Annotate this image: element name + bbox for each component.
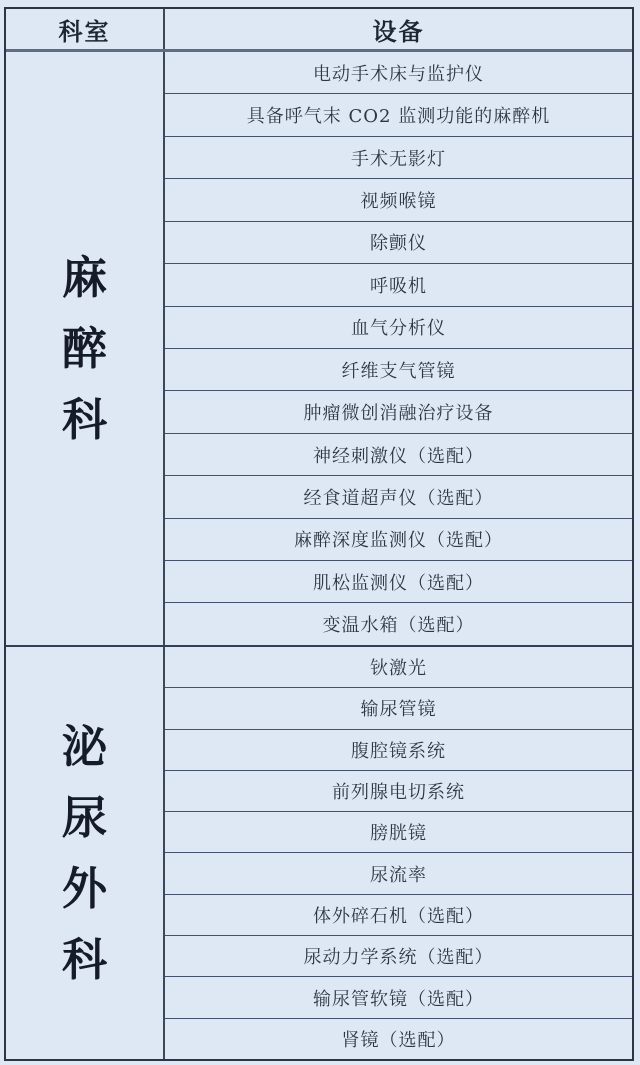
- equipment-row: 血气分析仪: [165, 306, 632, 348]
- department-char: 科: [62, 937, 107, 982]
- equipment-row: 输尿管镜: [165, 687, 632, 728]
- equipment-row: 前列腺电切系统: [165, 770, 632, 811]
- department-name-urology: 泌 尿 外 科: [6, 647, 165, 1059]
- equipment-row: 体外碎石机（选配）: [165, 894, 632, 935]
- equipment-row: 经食道超声仪（选配）: [165, 475, 632, 517]
- equipment-row: 呼吸机: [165, 263, 632, 305]
- department-equipment-table: 科室 设备 麻 醉 科 电动手术床与监护仪 具备呼气末 CO2 监测功能的麻醉机…: [4, 7, 634, 1061]
- header-equipment: 设备: [165, 9, 632, 49]
- department-char: 醉: [62, 326, 107, 371]
- equipment-rows-anesthesiology: 电动手术床与监护仪 具备呼气末 CO2 监测功能的麻醉机 手术无影灯 视频喉镜 …: [165, 52, 632, 645]
- section-urology: 泌 尿 外 科 钬激光 输尿管镜 腹腔镜系统 前列腺电切系统 膀胱镜 尿流率 体…: [6, 645, 632, 1059]
- equipment-row: 腹腔镜系统: [165, 729, 632, 770]
- department-char: 尿: [62, 795, 107, 840]
- section-anesthesiology: 麻 醉 科 电动手术床与监护仪 具备呼气末 CO2 监测功能的麻醉机 手术无影灯…: [6, 52, 632, 645]
- equipment-row: 纤维支气管镜: [165, 348, 632, 390]
- equipment-row: 肿瘤微创消融治疗设备: [165, 390, 632, 432]
- header-department: 科室: [6, 9, 165, 49]
- equipment-row: 输尿管软镜（选配）: [165, 976, 632, 1017]
- equipment-row: 变温水箱（选配）: [165, 602, 632, 644]
- table-header-row: 科室 设备: [6, 9, 632, 52]
- equipment-row: 肾镜（选配）: [165, 1018, 632, 1059]
- equipment-row: 手术无影灯: [165, 136, 632, 178]
- department-name-anesthesiology: 麻 醉 科: [6, 52, 165, 645]
- equipment-row: 具备呼气末 CO2 监测功能的麻醉机: [165, 93, 632, 135]
- equipment-row: 神经刺激仪（选配）: [165, 433, 632, 475]
- equipment-row: 尿动力学系统（选配）: [165, 935, 632, 976]
- equipment-rows-urology: 钬激光 输尿管镜 腹腔镜系统 前列腺电切系统 膀胱镜 尿流率 体外碎石机（选配）…: [165, 647, 632, 1059]
- department-char: 泌: [62, 724, 107, 769]
- department-char: 外: [62, 866, 107, 911]
- equipment-row: 除颤仪: [165, 221, 632, 263]
- equipment-row: 视频喉镜: [165, 178, 632, 220]
- equipment-row: 钬激光: [165, 647, 632, 687]
- equipment-row: 膀胱镜: [165, 811, 632, 852]
- department-char: 麻: [62, 255, 107, 300]
- equipment-row: 肌松监测仪（选配）: [165, 560, 632, 602]
- equipment-row: 麻醉深度监测仪（选配）: [165, 518, 632, 560]
- department-char: 科: [62, 397, 107, 442]
- equipment-row: 尿流率: [165, 852, 632, 893]
- equipment-row: 电动手术床与监护仪: [165, 52, 632, 93]
